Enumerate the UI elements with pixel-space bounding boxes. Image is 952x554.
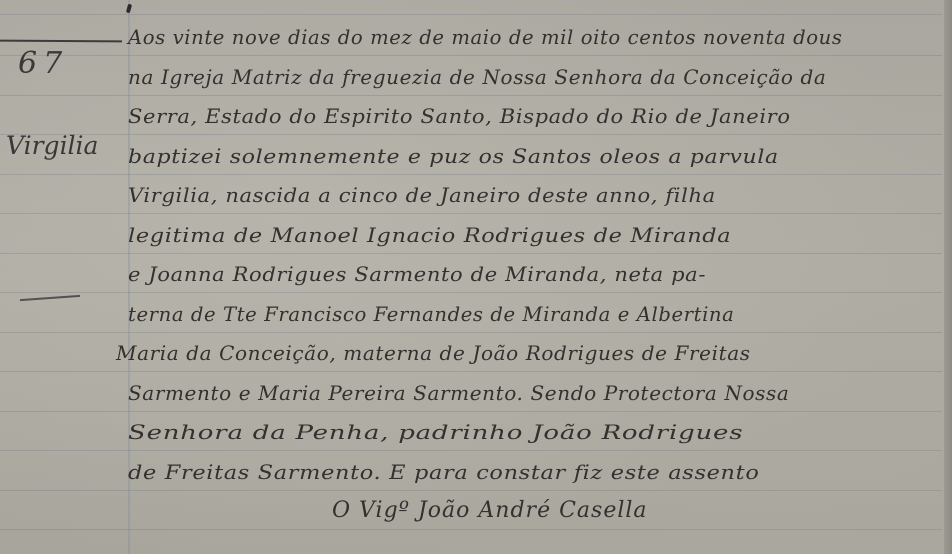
entry-text: Aos vinte nove dias do mez de maio de mi… <box>128 18 940 492</box>
register-page: 67 Virgilia Aos vinte nove dias do mez d… <box>0 0 952 554</box>
text-line: Sarmento e Maria Pereira Sarmento. Sendo… <box>128 374 940 414</box>
text-line: Serra, Estado do Espirito Santo, Bispado… <box>128 97 952 137</box>
text-line: baptizei solemnemente e puz os Santos ol… <box>128 137 952 177</box>
ruled-line <box>0 529 942 530</box>
text-line: Virgilia, nascida a cinco de Janeiro des… <box>128 176 952 216</box>
text-line: na Igreja Matriz da freguezia de Nossa S… <box>128 58 940 98</box>
baptized-name: Virgilia <box>6 131 98 160</box>
margin-dash <box>20 295 80 301</box>
text-line: legitima de Manoel Ignacio Rodrigues de … <box>128 216 952 256</box>
text-line: Aos vinte nove dias do mez de maio de mi… <box>128 18 924 58</box>
text-line: e Joanna Rodrigues Sarmento de Miranda, … <box>128 255 952 295</box>
entry-separator-line <box>0 40 122 43</box>
text-line: de Freitas Sarmento. E para constar fiz … <box>128 453 952 493</box>
ruled-line <box>0 14 942 15</box>
ink-mark <box>126 4 132 14</box>
text-line: Senhora da Penha, padrinho João Rodrigue… <box>128 413 952 453</box>
priest-signature: O Vigº João André Casella <box>332 498 648 523</box>
text-line: terna de Tte Francisco Fernandes de Mira… <box>128 295 924 335</box>
text-line: Maria da Conceição, materna de João Rodr… <box>116 334 940 374</box>
entry-number: 67 <box>18 46 68 81</box>
